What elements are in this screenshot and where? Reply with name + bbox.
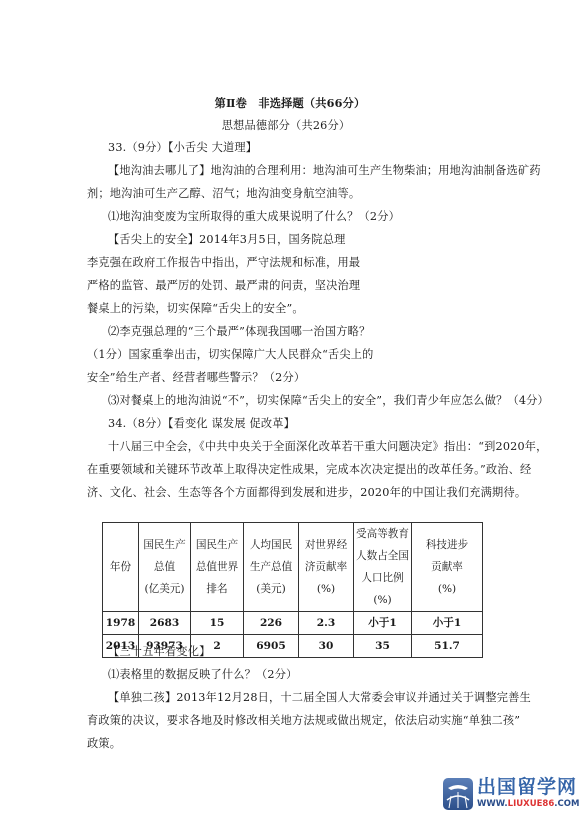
q33-sub-question-2-line2: （1分）国家重拳出击，切实保障广大人民群众“舌尖上的	[87, 348, 374, 362]
cell-higher-education: 小于1	[354, 612, 412, 635]
question-33-heading: 33.（9分）【小舌尖 大道理】	[108, 141, 257, 155]
header-gnp-per-capita: 人均国民生产总值(美元)	[244, 523, 299, 612]
watermark-logo: 出国留学网 WWW.LIUXUE86.COM	[443, 775, 580, 815]
header-gnp-rank: 国民生产总值世界排名	[191, 523, 244, 612]
q33-material2-line1: 【舌尖上的安全】2014年3月5日，国务院总理	[108, 233, 346, 247]
section-subtitle: 思想品德部分（共26分）	[0, 119, 576, 133]
header-world-contribution: 对世界经济贡献率(%)	[299, 523, 354, 612]
cell-year: 1978	[103, 612, 139, 635]
q33-material2-line2: 李克强在政府工作报告中指出，严守法规和标准，用最	[87, 256, 360, 270]
globe-cap-icon	[443, 778, 473, 810]
cell-higher-education: 35	[354, 635, 412, 658]
cell-tech-contribution: 小于1	[412, 612, 483, 635]
section-title: 第Ⅱ卷 非选择题（共66分）	[0, 96, 580, 110]
table-header-row: 年份 国民生产总值(亿美元) 国民生产总值世界排名 人均国民生产总值(美元) 对…	[103, 523, 483, 612]
q34-material-line3: 济、文化、社会、生态等各个方面都得到发展和进步，2020年的中国让我们充满期待。	[87, 486, 526, 500]
question-34-heading: 34.（8分）【看变化 谋发展 促改革】	[108, 417, 295, 431]
q34-material2-line3: 政策。	[87, 737, 121, 751]
q34-change-label: 【三十五年看变化】	[108, 645, 211, 659]
q33-material1-line2: 剂；地沟油可生产乙醇、沼气；地沟油变身航空油等。	[87, 187, 360, 201]
q34-material-line1: 十八届三中全会，《中共中央关于全面深化改革若干重大问题决定》指出：“到2020年…	[108, 440, 548, 454]
header-year: 年份	[103, 523, 139, 612]
q34-sub-question-1: ⑴表格里的数据反映了什么？（2分）	[108, 668, 298, 682]
table-row: 1978 2683 15 226 2.3 小于1 小于1	[103, 612, 483, 635]
cell-per-capita: 226	[244, 612, 299, 635]
cell-per-capita: 6905	[244, 635, 299, 658]
watermark-url: WWW.LIUXUE86.COM	[477, 799, 579, 809]
q33-sub-question-2-line1: ⑵李克强总理的“三个最严”体现我国哪一治国方略？	[108, 325, 370, 339]
q33-sub-question-3: ⑶对餐桌上的地沟油说“不”，切实保障“舌尖上的安全”，我们青少年应怎么做？（4分…	[108, 394, 549, 408]
q33-sub-question-1: ⑴地沟油变废为宝所取得的重大成果说明了什么？（2分）	[108, 210, 400, 224]
header-gnp: 国民生产总值(亿美元)	[139, 523, 191, 612]
statistics-table: 年份 国民生产总值(亿美元) 国民生产总值世界排名 人均国民生产总值(美元) 对…	[102, 522, 483, 658]
q33-material2-line4: 餐桌上的污染，切实保障“舌尖上的安全”。	[87, 302, 304, 316]
header-tech-contribution: 科技进步贡献率(%)	[412, 523, 483, 612]
q34-material-line2: 在重要领域和关键环节改革上取得决定性成果，完成本次决定提出的改革任务。”政治、经	[87, 463, 531, 477]
header-higher-education: 受高等教育人数占全国人口比例(%)	[354, 523, 412, 612]
watermark-title: 出国留学网	[477, 776, 577, 798]
q34-material2-line1: 【单独二孩】2013年12月28日，十二届全国人大常委会审议并通过关于调整完善生	[108, 691, 531, 705]
cell-world-contribution: 30	[299, 635, 354, 658]
cell-rank: 15	[191, 612, 244, 635]
cell-gnp: 2683	[139, 612, 191, 635]
cell-world-contribution: 2.3	[299, 612, 354, 635]
q33-material2-line3: 严格的监管、最严厉的处罚、最严肃的问责，坚决治理	[87, 279, 360, 293]
cell-tech-contribution: 51.7	[412, 635, 483, 658]
q33-material1-line1: 【地沟油去哪儿了】地沟油的合理利用：地沟油可生产生物柴油；用地沟油制备选矿药	[108, 164, 541, 178]
q33-sub-question-2-line3: 安全”给生产者、经营者哪些警示？（2分）	[87, 371, 305, 385]
q34-material2-line2: 育政策的决议，要求各地及时修改相关地方法规或做出规定，依法启动实施“单独二孩”	[87, 714, 520, 728]
